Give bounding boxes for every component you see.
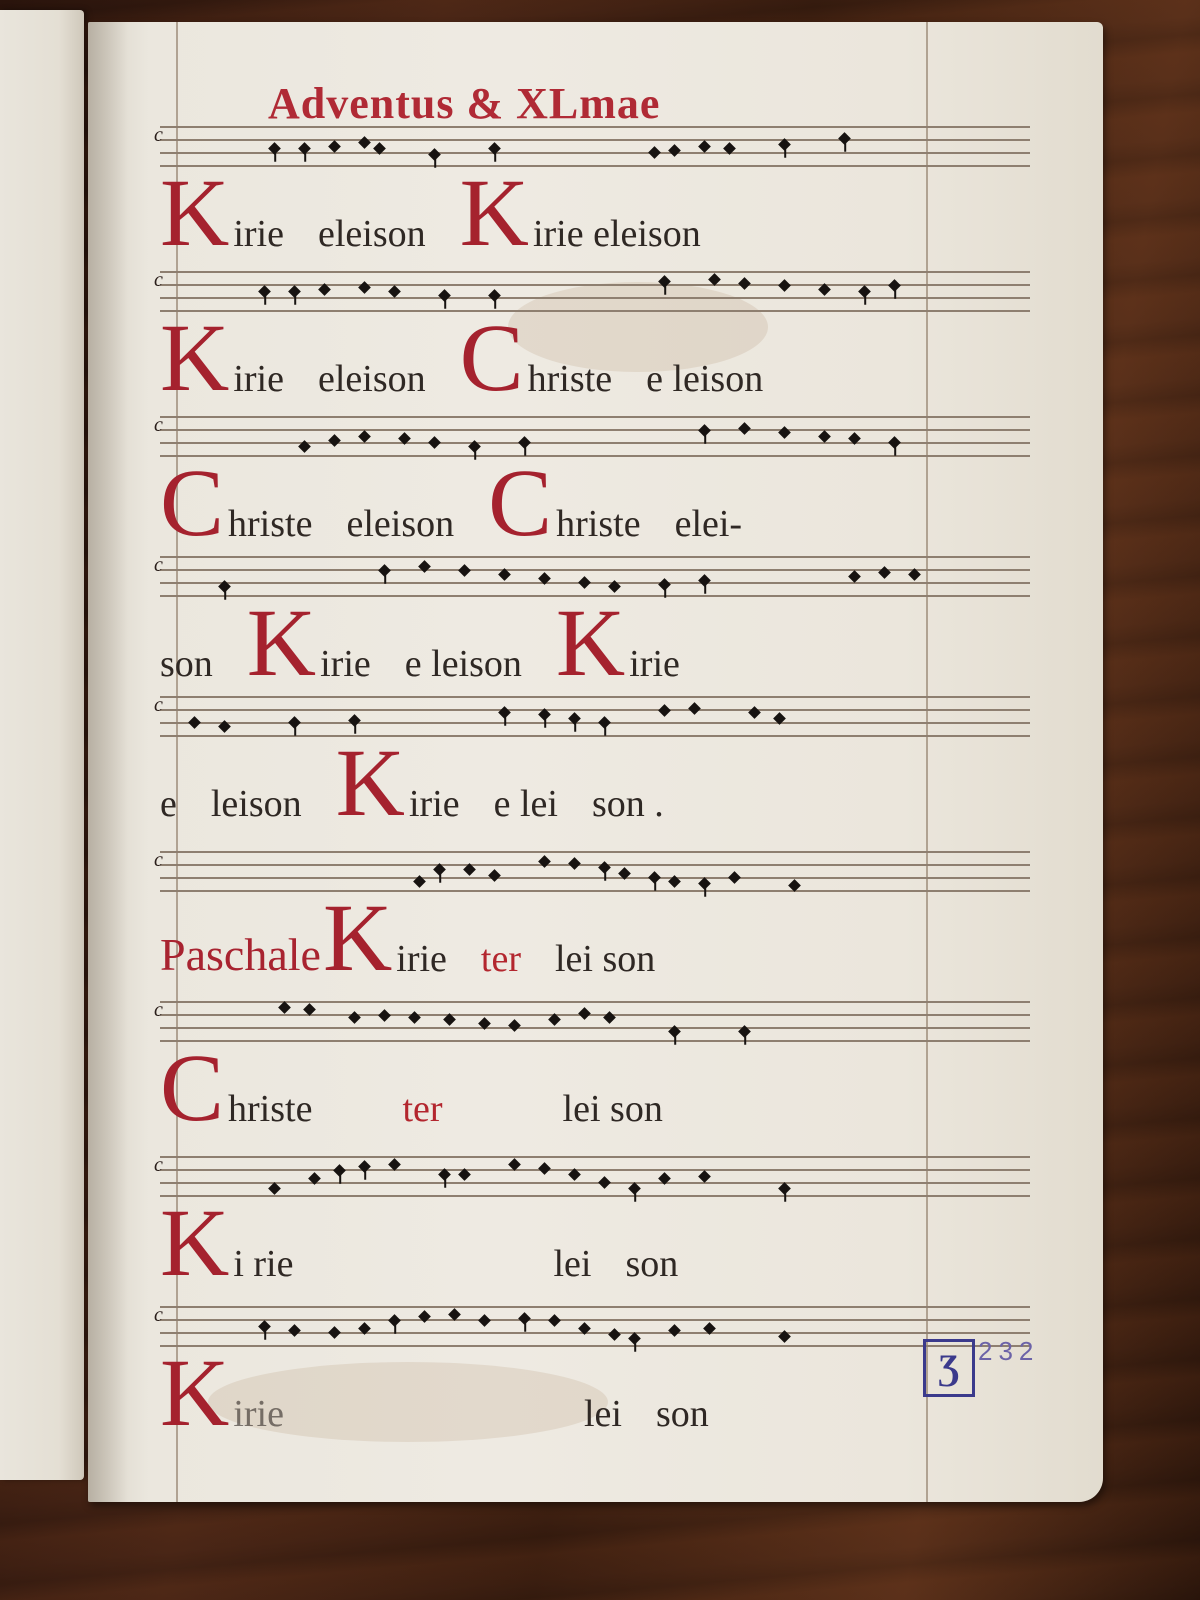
neume-group bbox=[160, 1302, 1030, 1356]
rubric-ter: ter bbox=[481, 937, 521, 981]
lyric-syllable: eleison bbox=[318, 357, 426, 401]
lyrics-line: C hriste eleison C hriste elei- bbox=[160, 466, 1030, 546]
neume-group bbox=[160, 122, 1030, 176]
lyric-syllable: lei bbox=[584, 1392, 622, 1436]
music-system-6-paschale: c Paschale K irie ter lei son bbox=[160, 847, 1030, 981]
lyric-syllable: son bbox=[625, 1242, 678, 1286]
lyrics-line: C hriste ter lei son bbox=[160, 1051, 1030, 1131]
staff: c bbox=[160, 692, 1030, 746]
lyric-syllable: e lei bbox=[494, 782, 558, 826]
music-system-3: c C hriste eleison C hriste elei- bbox=[160, 412, 1030, 546]
lyric-syllable: son bbox=[656, 1392, 709, 1436]
staff: c bbox=[160, 1152, 1030, 1206]
lyrics-line: Paschale K irie ter lei son bbox=[160, 901, 1030, 981]
staff: c bbox=[160, 847, 1030, 901]
lyric-syllable: hriste bbox=[556, 502, 640, 546]
music-system-1: c K irie eleison K irie eleison bbox=[160, 122, 1030, 256]
staff: c bbox=[160, 997, 1030, 1051]
initial-letter: K bbox=[247, 600, 316, 686]
lyric-syllable: hriste bbox=[228, 1087, 312, 1131]
music-system-8: c K i rie lei son bbox=[160, 1152, 1030, 1286]
music-system-2: c K irie eleison C hriste e leison bbox=[160, 267, 1030, 401]
initial-letter: C bbox=[460, 315, 524, 401]
initial-letter: K bbox=[160, 170, 229, 256]
lyrics-line: K irie lei son bbox=[160, 1356, 1030, 1436]
folio-number: 232 bbox=[978, 1336, 1039, 1367]
lyric-syllable: eleison bbox=[318, 212, 426, 256]
lyric-syllable: irie bbox=[320, 642, 371, 686]
lyrics-line: K i rie lei son bbox=[160, 1206, 1030, 1286]
rubric-ter: ter bbox=[402, 1087, 442, 1131]
neume-group bbox=[160, 267, 1030, 321]
lyric-syllable: irie bbox=[409, 782, 460, 826]
manuscript-page: Adventus & XLmae c K irie eleison K irie… bbox=[88, 22, 1103, 1502]
lyric-syllable: son . bbox=[592, 782, 664, 826]
lyric-syllable: irie eleison bbox=[533, 212, 701, 256]
neume-group bbox=[160, 847, 1030, 901]
lyrics-line: K irie eleison K irie eleison bbox=[160, 176, 1030, 256]
lyric-syllable: leison bbox=[211, 782, 302, 826]
staff: c bbox=[160, 122, 1030, 176]
lyric-syllable: irie bbox=[233, 357, 284, 401]
neume-group bbox=[160, 1152, 1030, 1206]
initial-letter: K bbox=[460, 170, 529, 256]
lyric-syllable: irie bbox=[233, 212, 284, 256]
initial-letter: C bbox=[488, 460, 552, 546]
initial-letter: K bbox=[556, 600, 625, 686]
initial-letter: K bbox=[160, 1200, 229, 1286]
lyric-syllable: lei son bbox=[563, 1087, 663, 1131]
lyric-syllable: e bbox=[160, 782, 177, 826]
staff: c bbox=[160, 1302, 1030, 1356]
paschale-label: Paschale bbox=[160, 928, 321, 981]
lyric-syllable: irie bbox=[233, 1392, 284, 1436]
lyric-syllable: irie bbox=[396, 937, 447, 981]
lyric-syllable: hriste bbox=[528, 357, 612, 401]
neume-group bbox=[160, 412, 1030, 466]
lyric-syllable: i rie bbox=[233, 1242, 293, 1286]
initial-letter: C bbox=[160, 460, 224, 546]
initial-letter: K bbox=[336, 740, 405, 826]
lyric-syllable: irie bbox=[629, 642, 680, 686]
initial-letter: K bbox=[323, 895, 392, 981]
page-gutter-shadow bbox=[88, 22, 128, 1502]
music-system-9: c K irie lei son bbox=[160, 1302, 1030, 1436]
lyric-syllable: e leison bbox=[646, 357, 763, 401]
lyric-syllable: lei son bbox=[555, 937, 655, 981]
lyric-syllable: e leison bbox=[405, 642, 522, 686]
music-system-5: c e leison K irie e lei son . bbox=[160, 692, 1030, 826]
initial-letter: C bbox=[160, 1045, 224, 1131]
lyric-syllable: son bbox=[160, 642, 213, 686]
neume-group bbox=[160, 997, 1030, 1051]
lyric-syllable: lei bbox=[553, 1242, 591, 1286]
lyrics-line: son K irie e leison K irie bbox=[160, 606, 1030, 686]
lyrics-line: K irie eleison C hriste e leison bbox=[160, 321, 1030, 401]
initial-letter: K bbox=[160, 315, 229, 401]
lyric-syllable: eleison bbox=[346, 502, 454, 546]
lyric-syllable: hriste bbox=[228, 502, 312, 546]
lyrics-line: e leison K irie e lei son . bbox=[160, 746, 1030, 826]
left-page-edge bbox=[0, 10, 84, 1480]
initial-letter: K bbox=[160, 1350, 229, 1436]
staff: c bbox=[160, 412, 1030, 466]
library-stamp: Ʒ bbox=[923, 1339, 975, 1397]
music-system-4: c son K irie e leison K irie bbox=[160, 552, 1030, 686]
staff: c bbox=[160, 267, 1030, 321]
neume-group bbox=[160, 692, 1030, 746]
lyric-syllable: elei- bbox=[675, 502, 743, 546]
music-system-7: c C hriste ter lei son bbox=[160, 997, 1030, 1131]
